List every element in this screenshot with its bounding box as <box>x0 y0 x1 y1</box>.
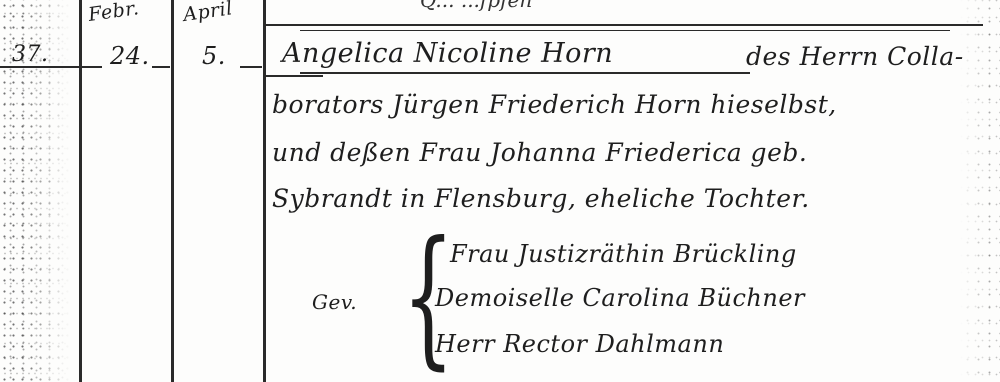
column-header-baptism-month: April <box>182 0 234 26</box>
paper-speckle-right <box>960 0 1000 382</box>
record-line-1: des Herrn Colla- <box>746 42 964 71</box>
record-line-2: borators Jürgen Friederich Horn hieselbs… <box>272 90 837 119</box>
birth-day-dash-left <box>80 66 102 68</box>
record-line-3: und deßen Frau Johanna Friederica geb. <box>272 138 807 167</box>
record-start-rule <box>263 75 323 77</box>
entry-number-dash <box>0 66 80 68</box>
baptism-day: 5. <box>202 42 226 70</box>
register-page: Q... ...ſpſen Febr. April 37. 24. 5. Ang… <box>0 0 1000 382</box>
godparent-1: Frau Justizräthin Brückling <box>450 240 797 268</box>
entry-number: 37. <box>12 42 49 67</box>
record-line-4: Sybrandt in Flensburg, eheliche Tochter. <box>272 184 810 213</box>
header-fragment: Q... ...ſpſen <box>420 0 532 12</box>
baptism-day-dash <box>240 66 262 68</box>
godparent-3: Herr Rector Dahlmann <box>435 330 724 358</box>
birth-day-dash-right <box>152 66 170 68</box>
column-rule-2 <box>171 0 174 382</box>
godparent-2: Demoiselle Carolina Büchner <box>435 284 805 312</box>
column-rule-1 <box>79 0 82 382</box>
child-name-underline <box>300 72 750 74</box>
child-name-overline <box>300 30 950 31</box>
column-header-birth-month: Febr. <box>87 0 141 26</box>
child-name: Angelica Nicoline Horn <box>282 38 613 69</box>
godparents-label: Gev. <box>312 290 357 314</box>
column-rule-3 <box>263 0 266 382</box>
birth-day: 24. <box>110 42 150 70</box>
header-rule <box>263 24 983 26</box>
